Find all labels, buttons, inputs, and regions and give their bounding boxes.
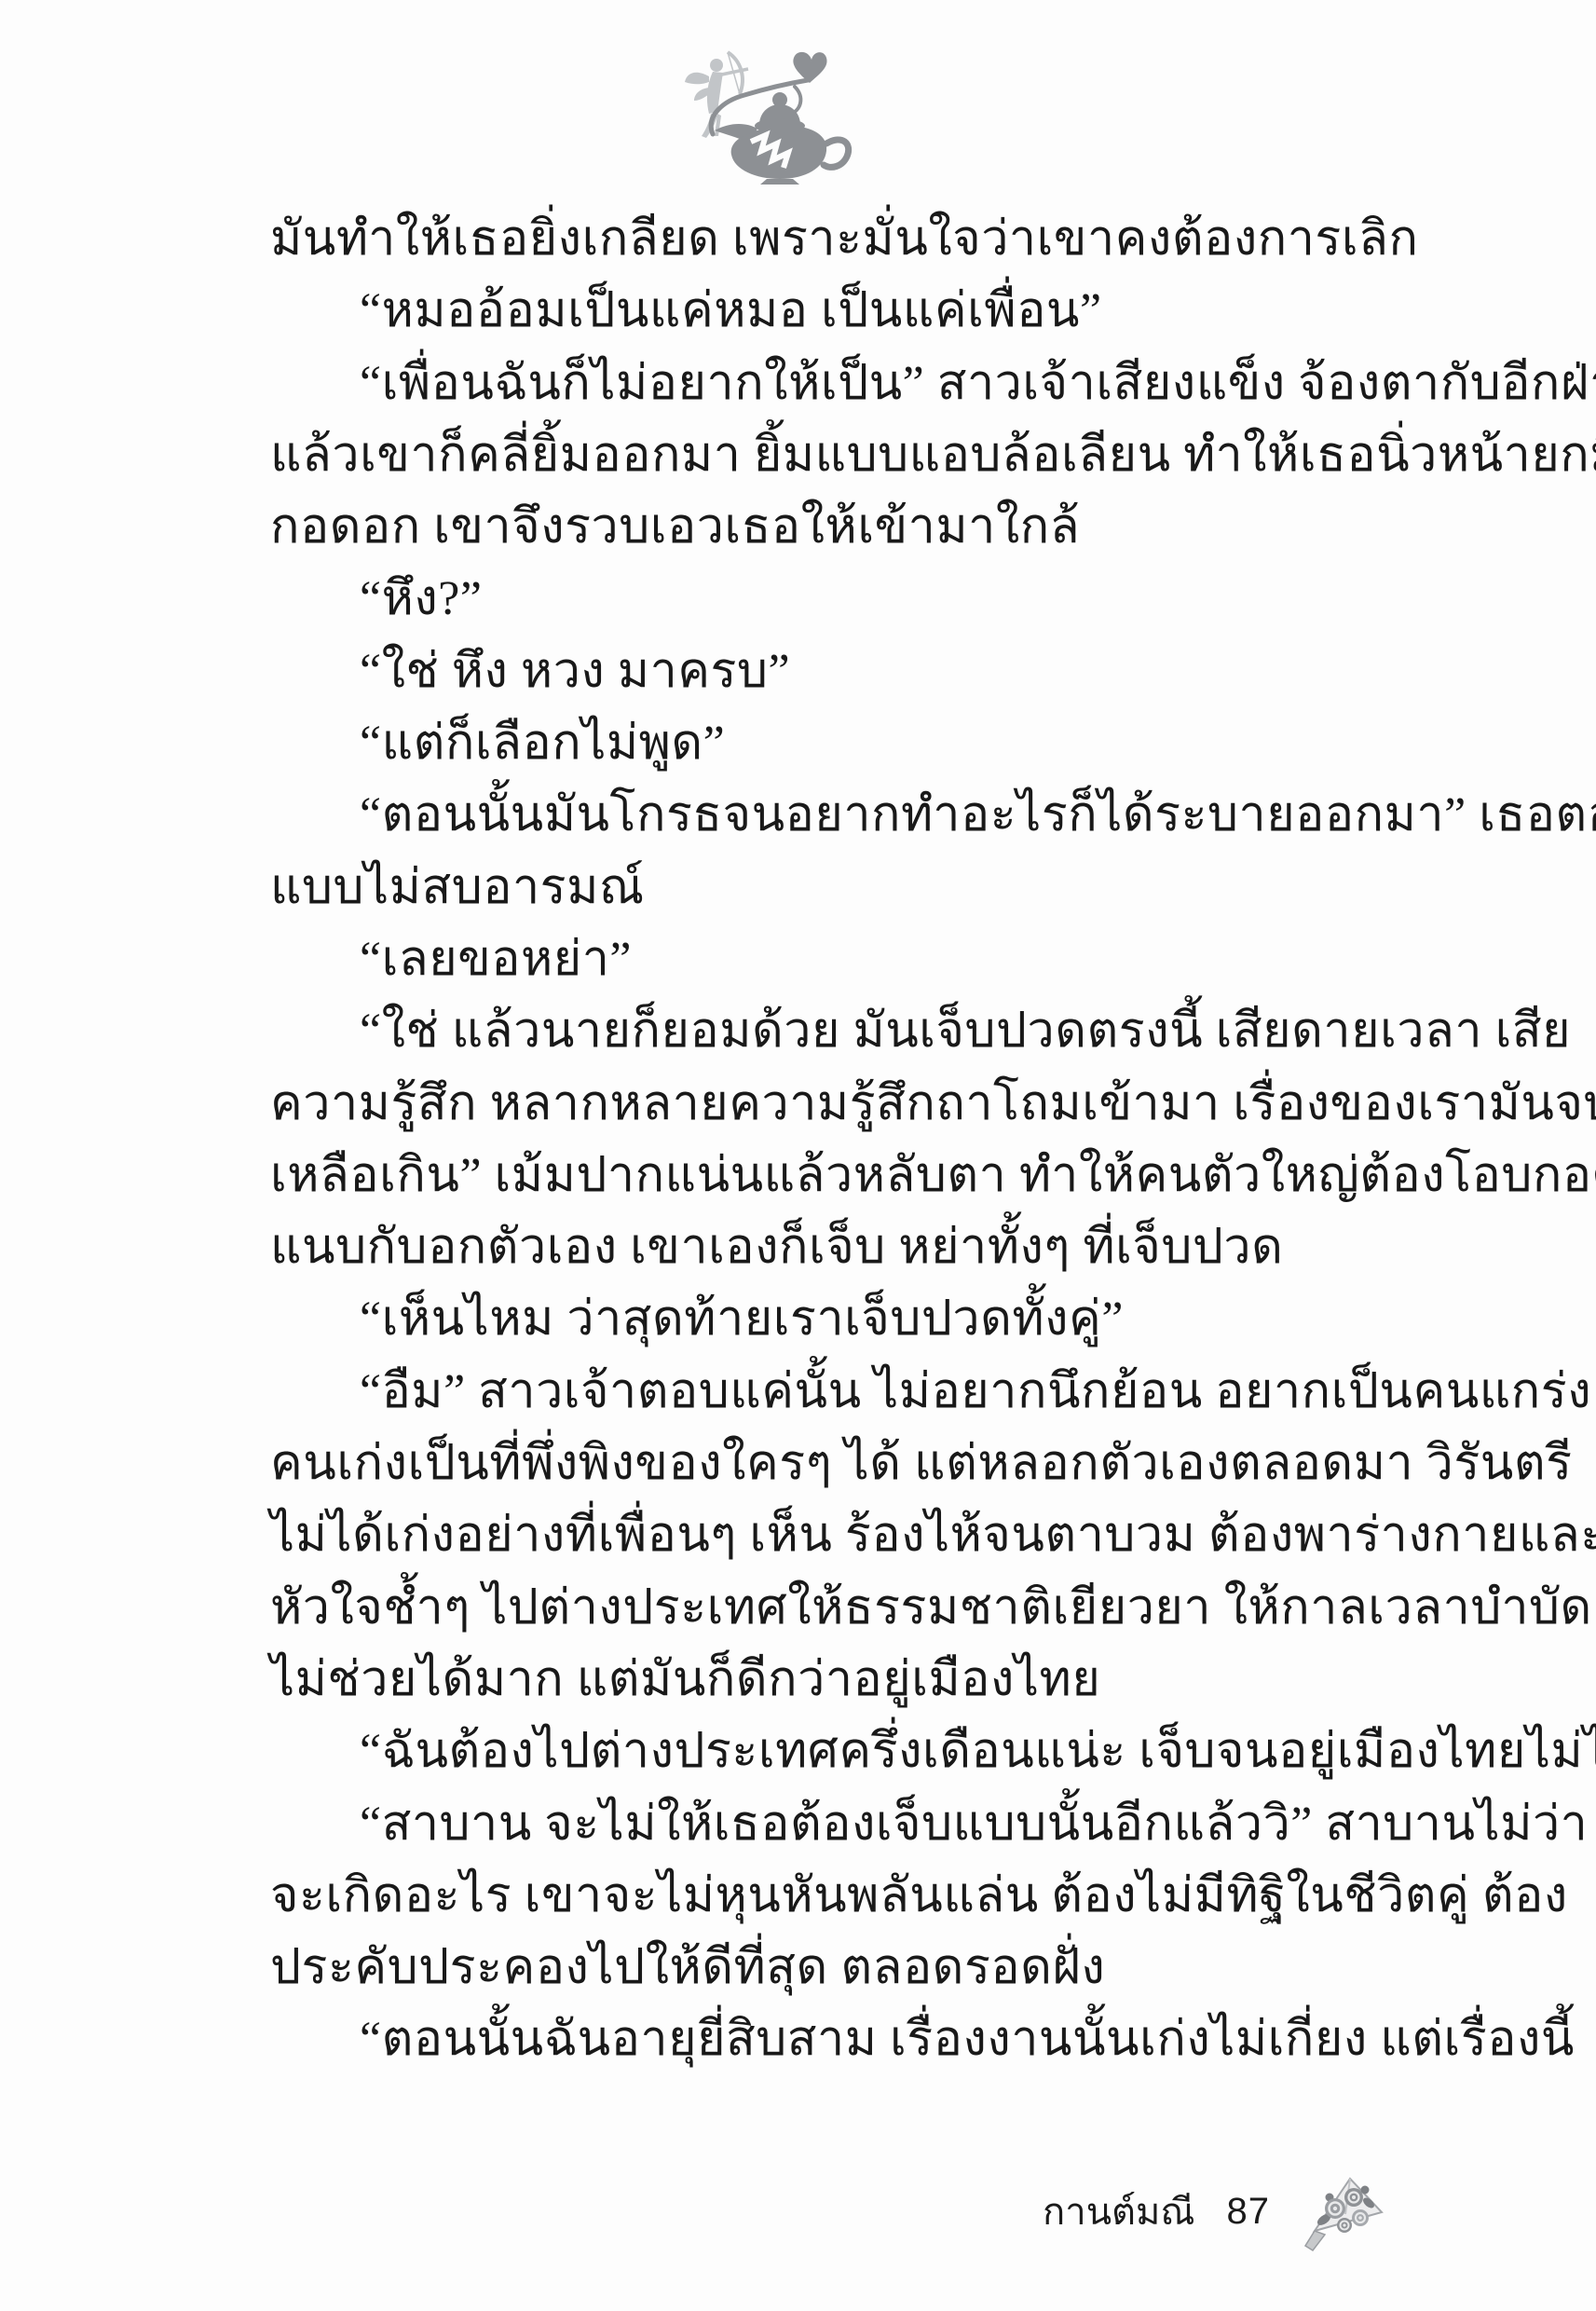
text-line: “แต่ก็เลือกไม่พูด”	[270, 707, 1435, 779]
text-line: “เพื่อนฉันก็ไม่อยากให้เป็น” สาวเจ้าเสียง…	[270, 348, 1435, 419]
text-line: แนบกับอกตัวเอง เขาเองก็เจ็บ หย่าทั้งๆ ที…	[270, 1211, 1435, 1283]
text-line: ไม่ได้เก่งอย่างที่เพื่อนๆ เห็น ร้องไห้จน…	[270, 1499, 1435, 1571]
text-line: มันทำให้เธอยิ่งเกลียด เพราะมั่นใจว่าเขาค…	[270, 203, 1435, 275]
text-line: แบบไม่สบอารมณ์	[270, 852, 1435, 923]
footer-page-number: 87	[1227, 2191, 1271, 2233]
text-line: จะเกิดอะไร เขาจะไม่หุนหันพลันแล่น ต้องไม…	[270, 1860, 1435, 1932]
lamp-body	[715, 92, 849, 185]
book-page: มันทำให้เธอยิ่งเกลียด เพราะมั่นใจว่าเขาค…	[0, 0, 1596, 2311]
text-line: “สาบาน จะไม่ให้เธอต้องเจ็บแบบนั้นอีกแล้ว…	[270, 1788, 1435, 1860]
text-line: “ใช่ หึง หวง มาครบ”	[270, 636, 1435, 707]
text-line: ประคับประคองไปให้ดีที่สุด ตลอดรอดฝั่ง	[270, 1932, 1435, 2003]
text-line: “หมออ้อมเป็นแค่หมอ เป็นแค่เพื่อน”	[270, 275, 1435, 347]
text-line: ความรู้สึก หลากหลายความรู้สึกถาโถมเข้ามา…	[270, 1068, 1435, 1140]
text-line: หัวใจช้ำๆ ไปต่างประเทศให้ธรรมชาติเยียวยา…	[270, 1572, 1435, 1644]
text-line: “เลยขอหย่า”	[270, 923, 1435, 995]
text-line: “ตอนนั้นฉันอายุยี่สิบสาม เรื่องงานนั้นเก…	[270, 2003, 1435, 2075]
text-line: เหลือเกิน” เม้มปากแน่นแล้วหลับตา ทำให้คน…	[270, 1140, 1435, 1211]
footer-book-title: กานต์มณี	[1043, 2181, 1194, 2241]
genie-lamp-ornament-icon	[655, 45, 897, 185]
heart-icon	[793, 52, 826, 83]
text-line: กอดอก เขาจึงรวบเอวเธอให้เข้ามาใกล้	[270, 491, 1435, 563]
text-line: “เห็นไหม ว่าสุดท้ายเราเจ็บปวดทั้งคู่”	[270, 1283, 1435, 1355]
text-line: “ตอนนั้นมันโกรธจนอยากทำอะไรก็ได้ระบายออก…	[270, 779, 1435, 851]
text-line: “ใช่ แล้วนายก็ยอมด้วย มันเจ็บปวดตรงนี้ เ…	[270, 995, 1435, 1067]
rose-bouquet-icon	[1302, 2171, 1385, 2251]
text-line: “ฉันต้องไปต่างประเทศครึ่งเดือนแน่ะ เจ็บจ…	[270, 1716, 1435, 1787]
fairy-silhouette	[685, 59, 723, 138]
text-block: มันทำให้เธอยิ่งเกลียด เพราะมั่นใจว่าเขาค…	[270, 203, 1435, 2076]
text-line: แล้วเขาก็คลี่ยิ้มออกมา ยิ้มแบบแอบล้อเลีย…	[270, 419, 1435, 491]
text-line: “อืม” สาวเจ้าตอบแค่นั้น ไม่อยากนึกย้อน อ…	[270, 1356, 1435, 1428]
page-footer: กานต์มณี 87	[1043, 2171, 1385, 2251]
text-line: “หึง?”	[270, 563, 1435, 635]
text-line: ไม่ช่วยได้มาก แต่มันก็ดีกว่าอยู่เมืองไทย	[270, 1644, 1435, 1716]
text-line: คนเก่งเป็นที่พึ่งพิงของใครๆ ได้ แต่หลอกต…	[270, 1428, 1435, 1499]
